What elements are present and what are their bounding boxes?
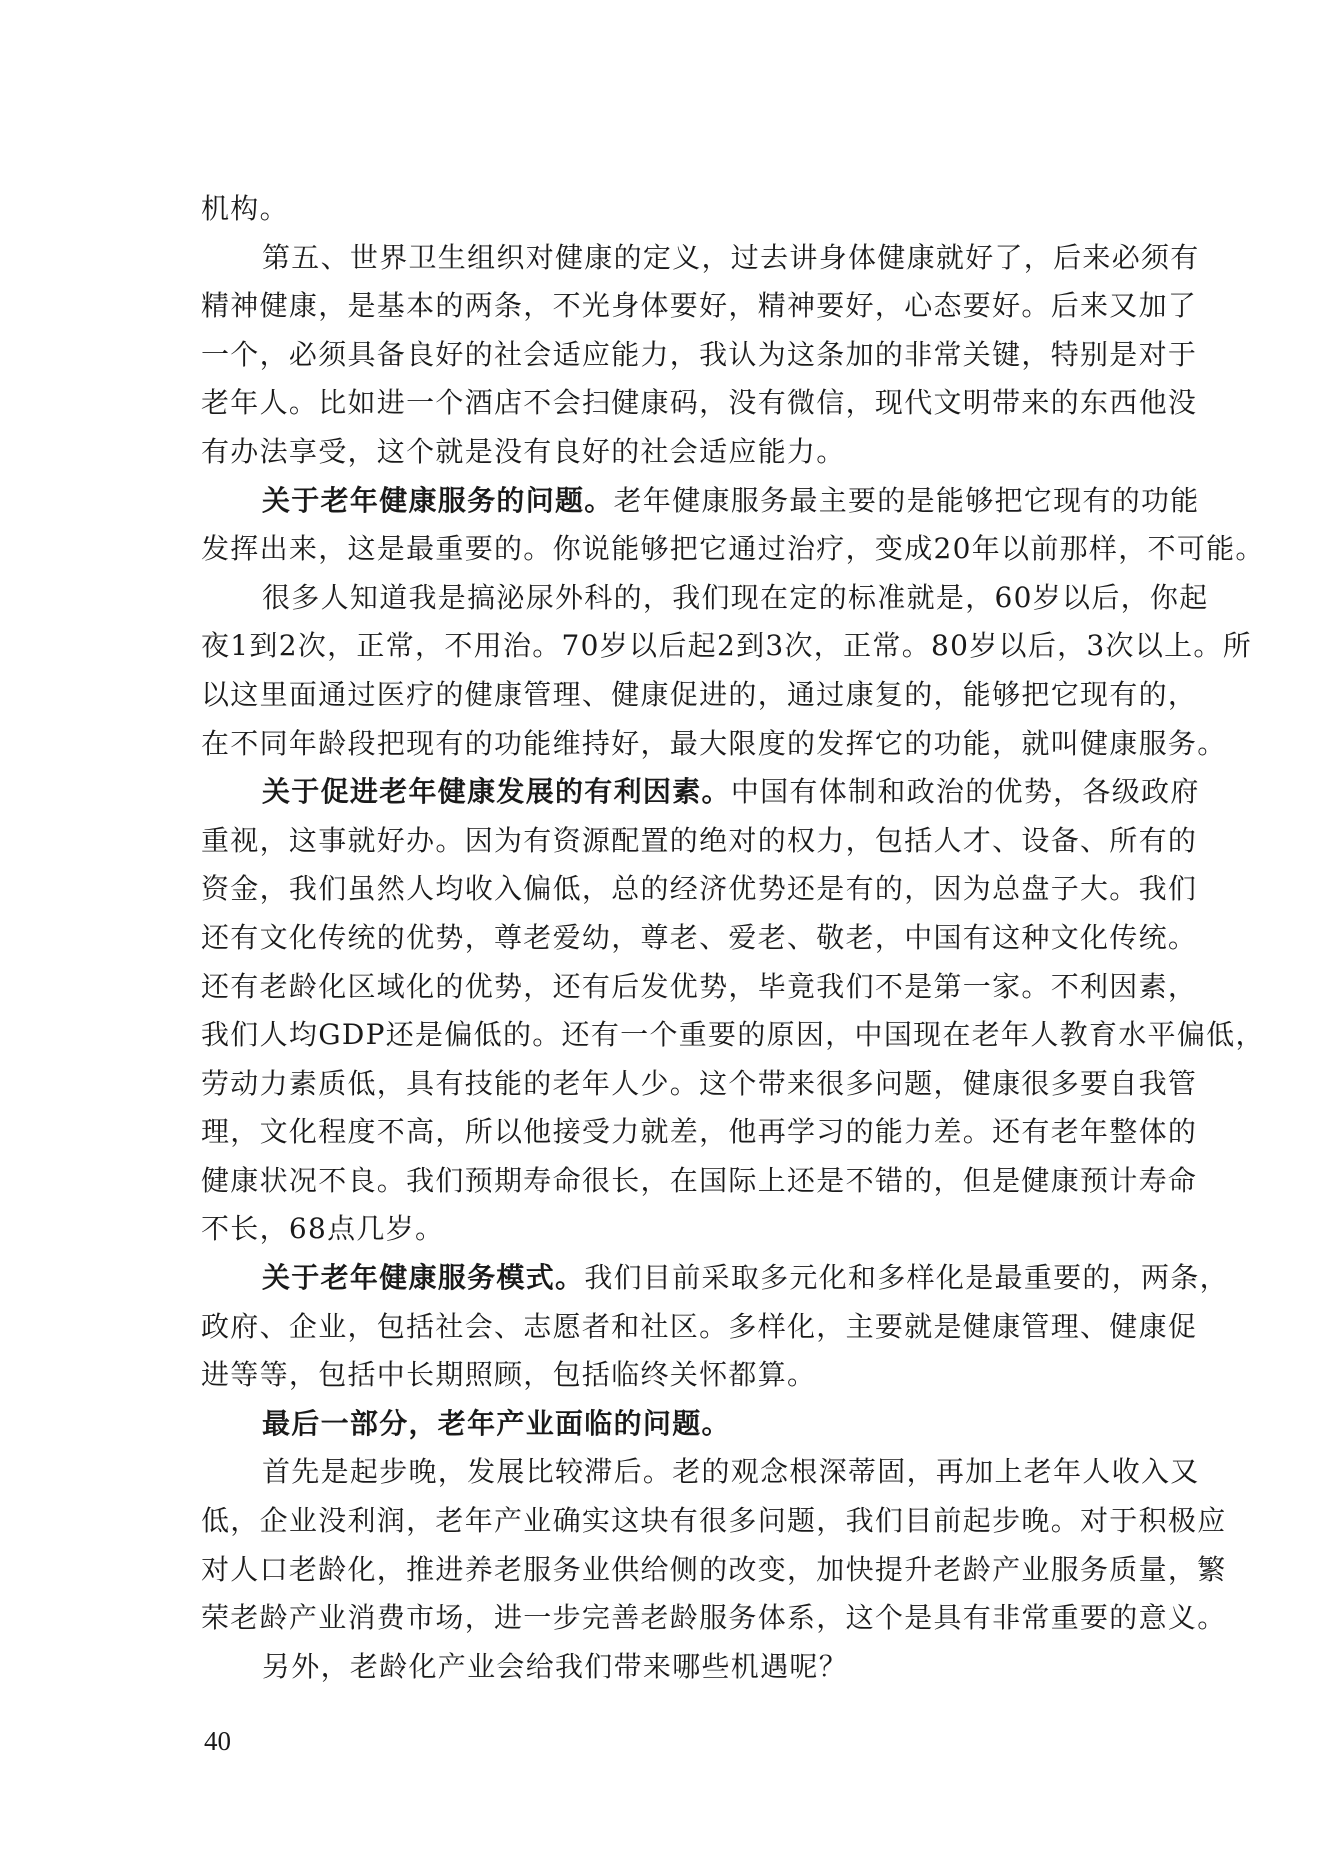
line-text: 理，文化程度不高，所以他接受力就差，他再学习的能力差。还有老年整体的 <box>201 1115 1197 1148</box>
line-text: 一个，必须具备良好的社会适应能力，我认为这条加的非常关键，特别是对于 <box>201 338 1197 371</box>
line-text: 发挥出来，这是最重要的。你说能够把它通过治疗，变成20年以前那样，不可能。 <box>201 532 1265 565</box>
line-text: 在不同年龄段把现有的功能维持好，最大限度的发挥它的功能，就叫健康服务。 <box>201 727 1227 760</box>
text-line: 我们人均GDP还是偏低的。还有一个重要的原因，中国现在老年人教育水平偏低， <box>201 1011 1117 1060</box>
document-body: 机构。第五、世界卫生组织对健康的定义，过去讲身体健康就好了，后来必须有精神健康，… <box>201 185 1117 1691</box>
text-line: 另外，老龄化产业会给我们带来哪些机遇呢？ <box>201 1643 1117 1692</box>
text-line: 资金，我们虽然人均收入偏低，总的经济优势还是有的，因为总盘子大。我们 <box>201 865 1117 914</box>
text-line: 老年人。比如进一个酒店不会扫健康码，没有微信，现代文明带来的东西他没 <box>201 379 1117 428</box>
page-number: 40 <box>204 1726 231 1757</box>
line-text: 第五、世界卫生组织对健康的定义，过去讲身体健康就好了，后来必须有 <box>262 241 1200 274</box>
text-line: 关于促进老年健康发展的有利因素。中国有体制和政治的优势，各级政府 <box>201 768 1117 817</box>
line-text: 老年人。比如进一个酒店不会扫健康码，没有微信，现代文明带来的东西他没 <box>201 386 1197 419</box>
text-line: 还有文化传统的优势，尊老爱幼，尊老、爱老、敬老，中国有这种文化传统。 <box>201 914 1117 963</box>
text-line: 关于老年健康服务的问题。老年健康服务最主要的是能够把它现有的功能 <box>201 477 1117 526</box>
line-text: 有办法享受，这个就是没有良好的社会适应能力。 <box>201 435 846 468</box>
line-text: 机构。 <box>201 192 289 225</box>
text-line: 以这里面通过医疗的健康管理、健康促进的，通过康复的，能够把它现有的， <box>201 671 1117 720</box>
line-text: 首先是起步晚，发展比较滞后。老的观念根深蒂固，再加上老年人收入又 <box>262 1455 1200 1488</box>
line-text: 中国有体制和政治的优势，各级政府 <box>731 775 1200 808</box>
line-text: 我们人均GDP还是偏低的。还有一个重要的原因，中国现在老年人教育水平偏低， <box>201 1018 1265 1051</box>
section-heading: 关于促进老年健康发展的有利因素。 <box>262 775 731 808</box>
line-text: 对人口老龄化，推进养老服务业供给侧的改变，加快提升老龄产业服务质量，繁 <box>201 1553 1227 1586</box>
text-line: 第五、世界卫生组织对健康的定义，过去讲身体健康就好了，后来必须有 <box>201 234 1117 283</box>
text-line: 政府、企业，包括社会、志愿者和社区。多样化，主要就是健康管理、健康促 <box>201 1303 1117 1352</box>
section-heading: 关于老年健康服务的问题。 <box>262 484 614 517</box>
line-text: 政府、企业，包括社会、志愿者和社区。多样化，主要就是健康管理、健康促 <box>201 1310 1197 1343</box>
line-text: 劳动力素质低，具有技能的老年人少。这个带来很多问题，健康很多要自我管 <box>201 1067 1197 1100</box>
line-text: 健康状况不良。我们预期寿命很长，在国际上还是不错的，但是健康预计寿命 <box>201 1164 1197 1197</box>
line-text: 荣老龄产业消费市场，进一步完善老龄服务体系，这个是具有非常重要的意义。 <box>201 1601 1227 1634</box>
line-text: 进等等，包括中长期照顾，包括临终关怀都算。 <box>201 1358 816 1391</box>
line-text: 还有文化传统的优势，尊老爱幼，尊老、爱老、敬老，中国有这种文化传统。 <box>201 921 1197 954</box>
text-line: 很多人知道我是搞泌尿外科的，我们现在定的标准就是，60岁以后，你起 <box>201 574 1117 623</box>
line-text: 老年健康服务最主要的是能够把它现有的功能 <box>614 484 1200 517</box>
text-line: 机构。 <box>201 185 1117 234</box>
text-line: 进等等，包括中长期照顾，包括临终关怀都算。 <box>201 1351 1117 1400</box>
text-line: 对人口老龄化，推进养老服务业供给侧的改变，加快提升老龄产业服务质量，繁 <box>201 1546 1117 1595</box>
line-text: 精神健康，是基本的两条，不光身体要好，精神要好，心态要好。后来又加了 <box>201 289 1197 322</box>
line-text: 重视，这事就好办。因为有资源配置的绝对的权力，包括人才、设备、所有的 <box>201 824 1197 857</box>
text-line: 夜1到2次，正常，不用治。70岁以后起2到3次，正常。80岁以后，3次以上。所 <box>201 622 1117 671</box>
section-heading: 关于老年健康服务模式。 <box>262 1261 584 1294</box>
text-line: 不长，68点几岁。 <box>201 1205 1117 1254</box>
text-line: 一个，必须具备良好的社会适应能力，我认为这条加的非常关键，特别是对于 <box>201 331 1117 380</box>
line-text: 我们目前采取多元化和多样化是最重要的，两条， <box>584 1261 1229 1294</box>
text-line: 低，企业没利润，老年产业确实这块有很多问题，我们目前起步晚。对于积极应 <box>201 1497 1117 1546</box>
line-text: 夜1到2次，正常，不用治。70岁以后起2到3次，正常。80岁以后，3次以上。所 <box>201 629 1252 662</box>
line-text: 另外，老龄化产业会给我们带来哪些机遇呢？ <box>262 1650 848 1683</box>
text-line: 还有老龄化区域化的优势，还有后发优势，毕竟我们不是第一家。不利因素， <box>201 963 1117 1012</box>
text-line: 关于老年健康服务模式。我们目前采取多元化和多样化是最重要的，两条， <box>201 1254 1117 1303</box>
text-line: 理，文化程度不高，所以他接受力就差，他再学习的能力差。还有老年整体的 <box>201 1108 1117 1157</box>
text-line: 首先是起步晚，发展比较滞后。老的观念根深蒂固，再加上老年人收入又 <box>201 1448 1117 1497</box>
text-line: 精神健康，是基本的两条，不光身体要好，精神要好，心态要好。后来又加了 <box>201 282 1117 331</box>
text-line: 荣老龄产业消费市场，进一步完善老龄服务体系，这个是具有非常重要的意义。 <box>201 1594 1117 1643</box>
text-line: 在不同年龄段把现有的功能维持好，最大限度的发挥它的功能，就叫健康服务。 <box>201 720 1117 769</box>
line-text: 还有老龄化区域化的优势，还有后发优势，毕竟我们不是第一家。不利因素， <box>201 970 1197 1003</box>
line-text: 低，企业没利润，老年产业确实这块有很多问题，我们目前起步晚。对于积极应 <box>201 1504 1227 1537</box>
text-line: 健康状况不良。我们预期寿命很长，在国际上还是不错的，但是健康预计寿命 <box>201 1157 1117 1206</box>
line-text: 资金，我们虽然人均收入偏低，总的经济优势还是有的，因为总盘子大。我们 <box>201 872 1197 905</box>
text-line: 最后一部分，老年产业面临的问题。 <box>201 1400 1117 1449</box>
line-text: 以这里面通过医疗的健康管理、健康促进的，通过康复的，能够把它现有的， <box>201 678 1197 711</box>
line-text: 很多人知道我是搞泌尿外科的，我们现在定的标准就是，60岁以后，你起 <box>262 581 1209 614</box>
section-heading: 最后一部分，老年产业面临的问题。 <box>262 1407 731 1440</box>
text-line: 劳动力素质低，具有技能的老年人少。这个带来很多问题，健康很多要自我管 <box>201 1060 1117 1109</box>
text-line: 重视，这事就好办。因为有资源配置的绝对的权力，包括人才、设备、所有的 <box>201 817 1117 866</box>
text-line: 发挥出来，这是最重要的。你说能够把它通过治疗，变成20年以前那样，不可能。 <box>201 525 1117 574</box>
line-text: 不长，68点几岁。 <box>201 1212 444 1245</box>
text-line: 有办法享受，这个就是没有良好的社会适应能力。 <box>201 428 1117 477</box>
